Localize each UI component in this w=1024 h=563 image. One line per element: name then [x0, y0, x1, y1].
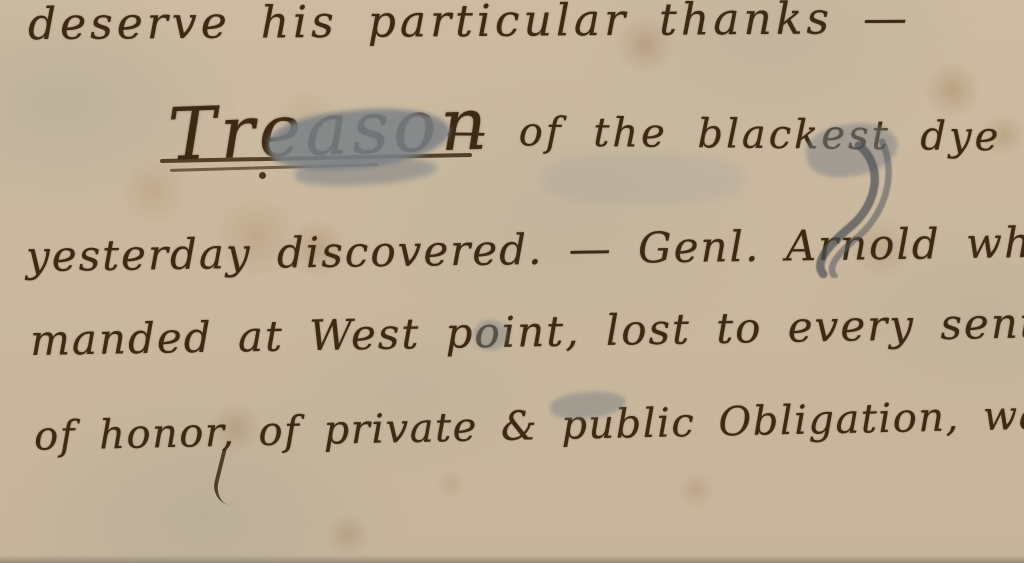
paper-texture: [0, 0, 1024, 563]
ink-bleedthrough: [540, 153, 745, 205]
manuscript-page: deserve his particular thanks — Treason …: [0, 0, 1024, 563]
manuscript-line-2: — of the blackest dye was: [446, 111, 1024, 158]
ink-descender-stroke: [210, 448, 244, 506]
smudged-flourish: [792, 138, 907, 278]
manuscript-line-5: of honor, of private & public Obligation…: [34, 395, 1024, 457]
ink-dot: [259, 172, 266, 179]
manuscript-line-4: manded at West point, lost to every sent…: [30, 300, 1024, 362]
manuscript-line-1: deserve his particular thanks —: [28, 0, 911, 47]
